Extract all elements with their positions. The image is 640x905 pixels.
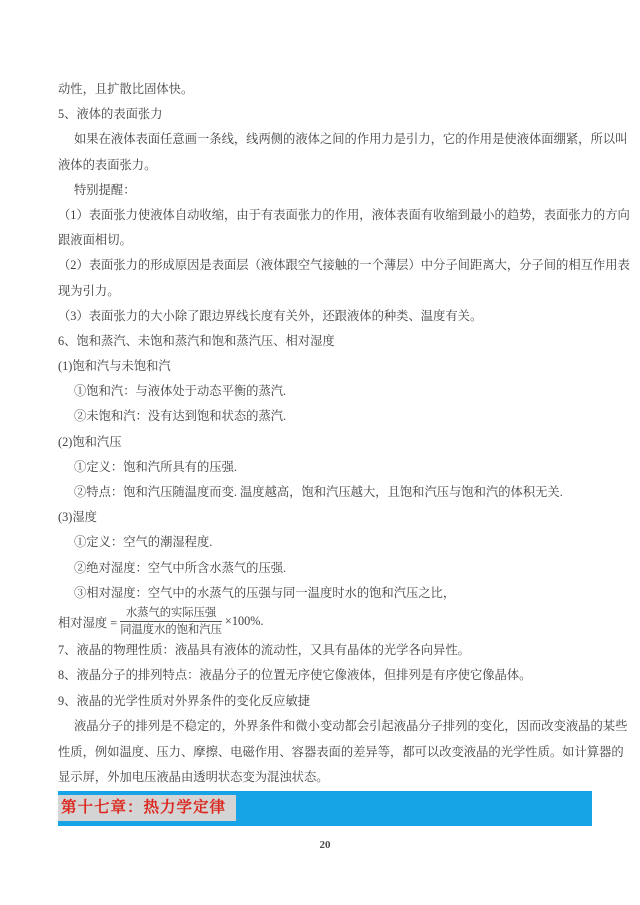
fraction-denominator: 同温度水的饱和汽压	[120, 622, 222, 637]
text-line-special-note: 特别提醒：	[58, 178, 592, 203]
text-line-heading-6: 6、饱和蒸汽、未饱和蒸汽和饱和蒸汽压、相对湿度	[58, 329, 592, 354]
formula-suffix: ×100%.	[225, 614, 264, 629]
page-footer: 20	[58, 839, 592, 851]
text-line: (1)饱和汽与未饱和汽	[58, 354, 592, 379]
formula-fraction: 水蒸气的实际压强 同温度水的饱和汽压	[120, 606, 222, 637]
fraction-numerator: 水蒸气的实际压强	[120, 606, 222, 622]
text-line: ①饱和汽：与液体处于动态平衡的蒸汽.	[58, 379, 592, 404]
text-line: 性质，例如温度、压力、摩擦、电磁作用、容器表面的差异等，都可以改变液晶的光学性质…	[58, 740, 592, 766]
text-line-heading-9: 9、液晶的光学性质对外界条件的变化反应敏捷	[58, 689, 592, 715]
text-line: 跟液面相切。	[58, 228, 592, 253]
text-line: 动性，且扩散比固体快。	[58, 77, 592, 102]
text-line: (3)湿度	[58, 505, 592, 530]
text-line: ②绝对湿度：空气中所含水蒸气的压强.	[58, 556, 592, 581]
text-line: （1）表面张力使液体自动收缩，由于有表面张力的作用，液体表面有收缩到最小的趋势，…	[58, 203, 592, 228]
page-number: 20	[320, 839, 331, 851]
text-line-heading-5: 5、液体的表面张力	[58, 102, 592, 127]
page-content: 动性，且扩散比固体快。 5、液体的表面张力 如果在液体表面任意画一条线，线两侧的…	[0, 0, 640, 851]
chapter-heading-banner: 第十七章：热力学定律	[58, 791, 592, 826]
text-line: （2）表面张力的形成原因是表面层（液体跟空气接触的一个薄层）中分子间距离大，分子…	[58, 253, 592, 278]
formula-lhs: 相对湿度 =	[58, 613, 117, 631]
text-line: 如果在液体表面任意画一条线，线两侧的液体之间的作用力是引力，它的作用是使液体面绷…	[58, 127, 592, 152]
text-line: 现为引力。	[58, 279, 592, 304]
text-line: 液晶分子的排列是不稳定的，外界条件和微小变动都会引起液晶分子排列的变化，因而改变…	[58, 714, 592, 740]
text-line-heading-8: 8、液晶分子的排列特点：液晶分子的位置无序使它像液体，但排列是有序使它像晶体。	[58, 663, 592, 689]
text-line: (2)饱和汽压	[58, 430, 592, 455]
text-line: ②特点：饱和汽压随温度而变. 温度越高，饱和汽压越大，且饱和汽压与饱和汽的体积无…	[58, 480, 592, 505]
text-line: ①定义：空气的潮湿程度.	[58, 530, 592, 555]
chapter-heading-text: 第十七章：热力学定律	[58, 795, 236, 821]
text-line: （3）表面张力的大小除了跟边界线长度有关外，还跟液体的种类、温度有关。	[58, 304, 592, 329]
text-line: 显示屏，外加电压液晶由透明状态变为混浊状态。	[58, 765, 592, 791]
document-page: 动性，且扩散比固体快。 5、液体的表面张力 如果在液体表面任意画一条线，线两侧的…	[0, 0, 640, 905]
text-line: ②未饱和汽：没有达到饱和状态的蒸汽.	[58, 404, 592, 429]
text-line: ③相对湿度：空气中的水蒸气的压强与同一温度时水的饱和汽压之比，	[58, 581, 592, 606]
text-line: ①定义：饱和汽所具有的压强.	[58, 455, 592, 480]
text-line-heading-7: 7、液晶的物理性质：液晶具有液体的流动性，又具有晶体的光学各向异性。	[58, 638, 592, 664]
section-liquid-crystal: 7、液晶的物理性质：液晶具有液体的流动性，又具有晶体的光学各向异性。 8、液晶分…	[58, 638, 592, 791]
relative-humidity-formula: 相对湿度 = 水蒸气的实际压强 同温度水的饱和汽压 ×100%.	[58, 606, 592, 638]
text-line: 液体的表面张力。	[58, 153, 592, 178]
